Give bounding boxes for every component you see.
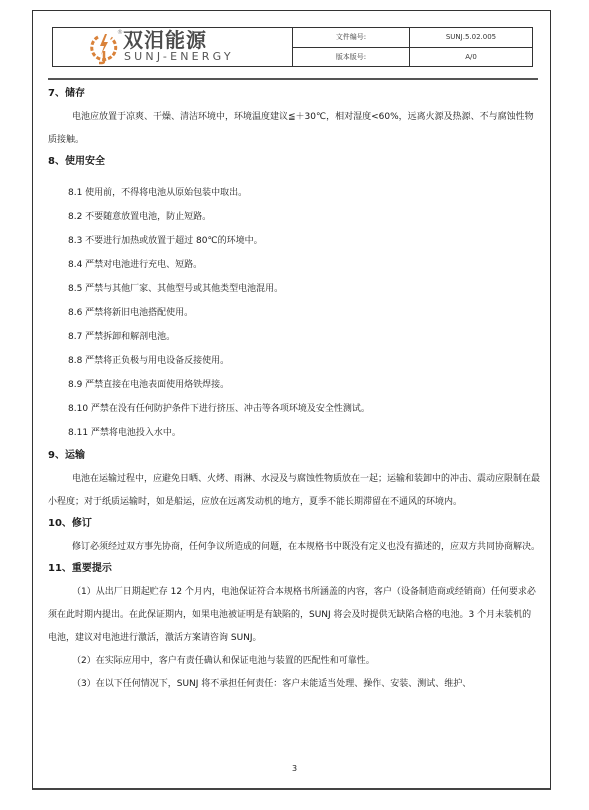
list-item: 8.9 严禁直接在电池表面使用烙铁焊接。: [68, 374, 540, 398]
header-meta: 文件编号: SUNJ.5.02.005 版本版号: A/0: [293, 28, 532, 66]
list-item: 8.7 严禁拆卸和解剖电池。: [68, 326, 540, 350]
list-item: 8.5 严禁与其他厂家、其他型号或其他类型电池混用。: [68, 278, 540, 302]
version-label: 版本版号:: [293, 48, 410, 67]
list-item: 8.6 严禁将新旧电池搭配使用。: [68, 302, 540, 326]
list-item: 8.4 严禁对电池进行充电、短路。: [68, 254, 540, 278]
list-item: 8.8 严禁将正负极与用电设备反接使用。: [68, 350, 540, 374]
section-paragraph: 修订必须经过双方事先协商，任何争议所造成的问题，在本规格书中既没有定义也没有描述…: [48, 536, 540, 559]
section-title: 9、运输: [48, 446, 540, 468]
section-paragraph: （3）在以下任何情况下，SUNJ 将不承担任何责任：客户未能适当处理、操作、安装…: [48, 673, 540, 696]
logo-cell: ® 双泪能源 SUNJ-ENERGY: [53, 28, 293, 66]
header-divider: [48, 78, 538, 80]
section-paragraph: 电池在运输过程中，应避免日晒、火烤、雨淋、水浸及与腐蚀性物质放在一起；运输和装卸…: [48, 468, 540, 514]
lightning-circle-icon: [89, 31, 119, 65]
document-body: 7、储存 电池应放置于凉爽、干燥、清洁环境中，环境温度建议≦＋30℃，相对湿度<…: [48, 84, 540, 696]
section-title: 7、储存: [48, 84, 540, 106]
list-item: 8.11 严禁将电池投入水中。: [68, 422, 540, 446]
section-usage-safety: 8、使用安全 8.1 使用前，不得将电池从原始包装中取出。 8.2 不要随意放置…: [48, 152, 540, 446]
section-paragraph: （2）在实际应用中，客户有责任确认和保证电池与装置的匹配性和可靠性。: [48, 650, 540, 673]
document-header-table: ® 双泪能源 SUNJ-ENERGY 文件编号: SUNJ.5.02.005 版…: [52, 27, 533, 67]
logo-text-cn: 双泪能源: [123, 29, 207, 51]
list-item: 8.2 不要随意放置电池，防止短路。: [68, 206, 540, 230]
list-item: 8.1 使用前，不得将电池从原始包装中取出。: [68, 182, 540, 206]
doc-number-value: SUNJ.5.02.005: [410, 28, 532, 47]
version-row: 版本版号: A/0: [293, 47, 532, 67]
section-important-notice: 11、重要提示 （1）从出厂日期起贮存 12 个月内，电池保证符合本规格书所涵盖…: [48, 559, 540, 696]
doc-number-label: 文件编号:: [293, 28, 410, 47]
section-title: 11、重要提示: [48, 559, 540, 581]
safety-list: 8.1 使用前，不得将电池从原始包装中取出。 8.2 不要随意放置电池，防止短路…: [48, 182, 540, 446]
section-title: 8、使用安全: [48, 152, 540, 174]
section-storage: 7、储存 电池应放置于凉爽、干燥、清洁环境中，环境温度建议≦＋30℃，相对湿度<…: [48, 84, 540, 152]
section-title: 10、修订: [48, 514, 540, 536]
logo-text-en: SUNJ-ENERGY: [124, 50, 234, 64]
section-paragraph: 电池应放置于凉爽、干燥、清洁环境中，环境温度建议≦＋30℃，相对湿度<60%，远…: [48, 106, 540, 152]
section-transport: 9、运输 电池在运输过程中，应避免日晒、火烤、雨淋、水浸及与腐蚀性物质放在一起；…: [48, 446, 540, 514]
page-number: 3: [0, 764, 589, 773]
doc-number-row: 文件编号: SUNJ.5.02.005: [293, 28, 532, 47]
list-item: 8.3 不要进行加热或放置于超过 80℃的环境中。: [68, 230, 540, 254]
version-value: A/0: [410, 48, 532, 67]
section-revision: 10、修订 修订必须经过双方事先协商，任何争议所造成的问题，在本规格书中既没有定…: [48, 514, 540, 559]
list-item: 8.10 严禁在没有任何防护条件下进行挤压、冲击等各项环境及安全性测试。: [68, 398, 540, 422]
section-paragraph: （1）从出厂日期起贮存 12 个月内，电池保证符合本规格书所涵盖的内容，客户（设…: [48, 581, 540, 650]
